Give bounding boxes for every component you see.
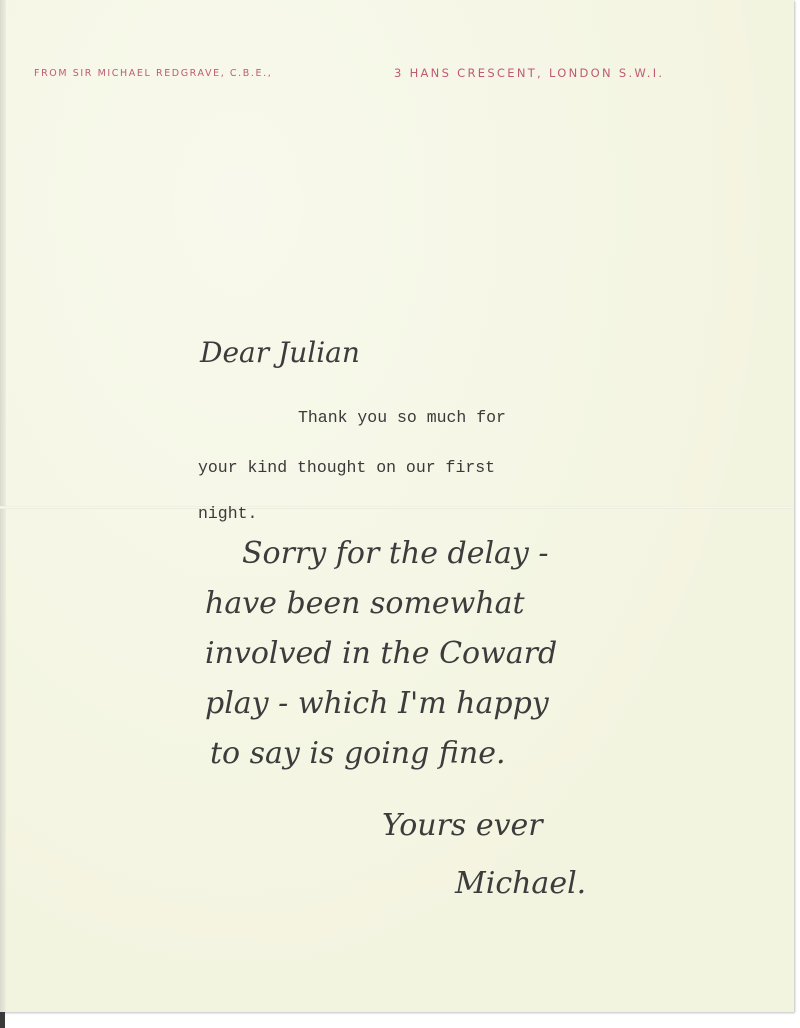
typed-line: Thank you so much for [298,408,506,427]
letter-paper: FROM SIR MICHAEL REDGRAVE, C.B.E., 3 HAN… [0,0,794,1012]
handwritten-line: play - which I'm happy [205,686,549,721]
typed-line: night. [198,504,257,523]
typed-line: your kind thought on our first [198,458,495,477]
letterhead-from: FROM SIR MICHAEL REDGRAVE, C.B.E., [34,68,272,79]
handwritten-line: have been somewhat [205,586,525,621]
closing: Yours ever [382,808,543,843]
signature: Michael. [455,866,586,901]
handwritten-line: to say is going fine. [210,736,506,771]
handwritten-line: involved in the Coward [205,636,557,671]
fold-crease [0,506,794,509]
handwritten-line: Sorry for the delay - [242,536,549,571]
salutation: Dear Julian [200,336,360,369]
scan-edge [0,1012,5,1028]
letterhead-address: 3 HANS CRESCENT, LONDON S.W.I. [394,66,664,80]
